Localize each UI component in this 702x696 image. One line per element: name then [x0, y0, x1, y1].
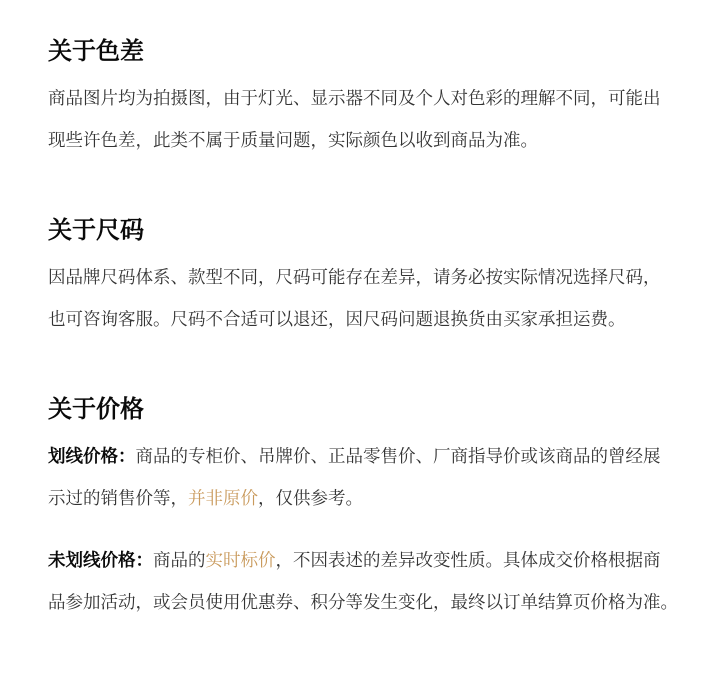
paragraph: 商品图片均为拍摄图，由于灯光、显示器不同及个人对色彩的理解不同，可能出 现些许色… — [48, 77, 662, 161]
paragraph-list-price: 划线价格：商品的专柜价、吊牌价、正品零售价、厂商指导价或该商品的曾经展 示过的销… — [48, 435, 662, 519]
text-segment: 品参加活动，或会员使用优惠券、积分等发生变化，最终以订单结算页价格为准。 — [48, 592, 678, 612]
section-color-difference: 关于色差 商品图片均为拍摄图，由于灯光、显示器不同及个人对色彩的理解不同，可能出… — [48, 40, 662, 161]
text-line: 示过的销售价等，并非原价，仅供参考。 — [48, 477, 662, 519]
product-disclaimer-page: 关于色差 商品图片均为拍摄图，由于灯光、显示器不同及个人对色彩的理解不同，可能出… — [0, 0, 702, 696]
text-line: 现些许色差，此类不属于质量问题，实际颜色以收到商品为准。 — [48, 119, 662, 161]
text-segment: 也可咨询客服。尺码不合适可以退还，因尺码问题退换货由买家承担运费。 — [48, 309, 626, 329]
text-line: 未划线价格：商品的实时标价，不因表述的差异改变性质。具体成交价格根据商 — [48, 539, 662, 581]
text-line: 也可咨询客服。尺码不合适可以退还，因尺码问题退换货由买家承担运费。 — [48, 298, 662, 340]
section-pricing: 关于价格 划线价格：商品的专柜价、吊牌价、正品零售价、厂商指导价或该商品的曾经展… — [48, 398, 662, 623]
realtime-price-highlight: 实时标价 — [206, 550, 276, 570]
section-sizing: 关于尺码 因品牌尺码体系、款型不同，尺码可能存在差异，请务必按实际情况选择尺码，… — [48, 219, 662, 340]
text-line: 商品图片均为拍摄图，由于灯光、显示器不同及个人对色彩的理解不同，可能出 — [48, 77, 662, 119]
text-segment: ，不因表述的差异改变性质。具体成交价格根据商 — [276, 550, 661, 570]
text-segment: 示过的销售价等， — [48, 488, 188, 508]
text-segment: 商品图片均为拍摄图，由于灯光、显示器不同及个人对色彩的理解不同，可能出 — [48, 88, 661, 108]
text-segment: ，仅供参考。 — [258, 488, 363, 508]
section-heading-color-difference: 关于色差 — [48, 40, 662, 64]
section-heading-sizing: 关于尺码 — [48, 219, 662, 243]
text-line: 因品牌尺码体系、款型不同，尺码可能存在差异，请务必按实际情况选择尺码， — [48, 256, 662, 298]
text-segment: 现些许色差，此类不属于质量问题，实际颜色以收到商品为准。 — [48, 130, 538, 150]
paragraph-unlined-price: 未划线价格：商品的实时标价，不因表述的差异改变性质。具体成交价格根据商 品参加活… — [48, 539, 662, 623]
text-line: 划线价格：商品的专柜价、吊牌价、正品零售价、厂商指导价或该商品的曾经展 — [48, 435, 662, 477]
text-line: 品参加活动，或会员使用优惠券、积分等发生变化，最终以订单结算页价格为准。 — [48, 581, 662, 623]
text-segment: 商品的 — [153, 550, 206, 570]
text-segment: 因品牌尺码体系、款型不同，尺码可能存在差异，请务必按实际情况选择尺码， — [48, 267, 661, 287]
unlined-price-label: 未划线价格： — [48, 550, 153, 570]
text-segment: 商品的专柜价、吊牌价、正品零售价、厂商指导价或该商品的曾经展 — [136, 446, 661, 466]
list-price-label: 划线价格： — [48, 446, 136, 466]
paragraph: 因品牌尺码体系、款型不同，尺码可能存在差异，请务必按实际情况选择尺码， 也可咨询… — [48, 256, 662, 340]
section-heading-pricing: 关于价格 — [48, 398, 662, 422]
not-original-price-highlight: 并非原价 — [188, 488, 258, 508]
